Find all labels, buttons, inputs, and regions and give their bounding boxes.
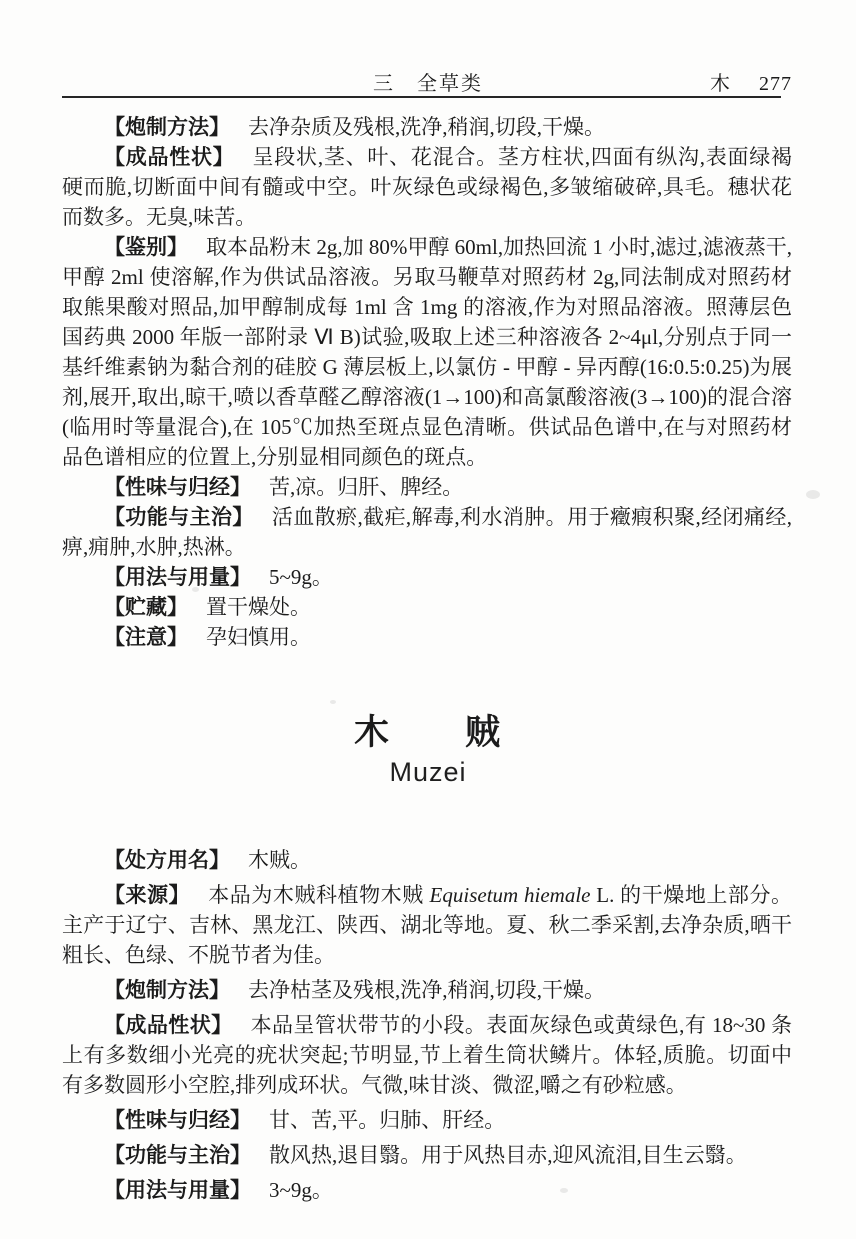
text-line: 【处方用名】木贼。 <box>62 845 792 875</box>
latin-name: Equisetum hiemale <box>430 883 591 907</box>
text-line: 【功能与主治】活血散瘀,截疟,解毒,利水消肿。用于癥瘕积聚,经闭痛经,疟疾,喉 <box>62 502 792 532</box>
text-line: 【用法与用量】3~9g。 <box>62 1175 792 1205</box>
text-line: 【炮制方法】去净杂质及残根,洗净,稍润,切段,干燥。 <box>62 112 792 142</box>
text-line: 主产于辽宁、吉林、黑龙江、陕西、湖北等地。夏、秋二季采割,去净杂质,晒干或阴干。… <box>62 910 792 940</box>
text-line: 有多数圆形小空腔,排列成环状。气微,味甘淡、微涩,嚼之有砂粒感。 <box>62 1070 792 1100</box>
text-line: 甲醇 2ml 使溶解,作为供试品溶液。另取马鞭草对照药材 2g,同法制成对照药材… <box>62 262 792 292</box>
text-line: 粗长、色绿、不脱节者为佳。 <box>62 940 792 970</box>
page-header-right: 木 277 <box>710 67 792 96</box>
header-divider <box>62 96 781 98</box>
section-label: 【贮藏】 <box>104 595 188 619</box>
text-line: 上有多数细小光亮的疣状突起;节明显,节上着生筒状鳞片。体轻,质脆。切面中空,周边 <box>62 1040 792 1070</box>
line-text: 粗长、色绿、不脱节者为佳。 <box>62 943 335 967</box>
line-text: 去净枯茎及残根,洗净,稍润,切段,干燥。 <box>248 978 605 1002</box>
line-text: 痹,痈肿,水肿,热淋。 <box>62 535 246 559</box>
text-line: 【炮制方法】去净枯茎及残根,洗净,稍润,切段,干燥。 <box>62 975 792 1005</box>
line-text: 苦,凉。归肝、脾经。 <box>269 475 463 499</box>
text-line: 【成品性状】呈段状,茎、叶、花混合。茎方柱状,四面有纵沟,表面绿褐色,粗糙;质 <box>62 142 792 172</box>
text-line: 国药典 2000 年版一部附录 Ⅵ B)试验,吸取上述三种溶液各 2~4μl,分… <box>62 322 792 352</box>
text-line: 【功能与主治】散风热,退目翳。用于风热目赤,迎风流泪,目生云翳。 <box>62 1140 792 1170</box>
line-text: 上有多数细小光亮的疣状突起;节明显,节上着生筒状鳞片。体轻,质脆。切面中空,周边 <box>62 1043 792 1070</box>
line-text: (临用时等量混合),在 105℃加热至斑点显色清晰。供试品色谱中,在与对照药材和… <box>62 415 792 442</box>
line-text: 取熊果酸对照品,加甲醇制成每 1ml 含 1mg 的溶液,作为对照品溶液。照薄层… <box>62 295 792 322</box>
line-text: 硬而脆,切断面中间有髓或中空。叶灰绿色或绿褐色,多皱缩破碎,具毛。穗状花序,花小 <box>62 175 792 202</box>
line-text: 国药典 2000 年版一部附录 Ⅵ B)试验,吸取上述三种溶液各 2~4μl,分… <box>62 325 792 352</box>
text-line: 【性味与归经】甘、苦,平。归肺、肝经。 <box>62 1105 792 1135</box>
line-text: 取本品粉末 2g,加 80%甲醇 60ml,加热回流 1 小时,滤过,滤液蒸干,… <box>104 235 792 262</box>
text-line: 【鉴别】取本品粉末 2g,加 80%甲醇 60ml,加热回流 1 小时,滤过,滤… <box>62 232 792 262</box>
line-text: 孕妇慎用。 <box>206 625 311 649</box>
monograph-muzei-section: 【处方用名】木贼。 【来源】本品为木贼科植物木贼 Equisetum hiema… <box>62 845 792 1205</box>
line-text: 品色谱相应的位置上,分别显相同颜色的斑点。 <box>62 445 487 469</box>
text-line: 剂,展开,取出,晾干,喷以香草醛乙醇溶液(1→100)和高氯酸溶液(3→100)… <box>62 382 792 412</box>
text-line: 品色谱相应的位置上,分别显相同颜色的斑点。 <box>62 442 792 472</box>
line-text: 剂,展开,取出,晾干,喷以香草醛乙醇溶液(1→100)和高氯酸溶液(3→100)… <box>62 385 792 412</box>
monograph-title-pinyin: Muzei <box>0 757 856 788</box>
section-label: 【鉴别】 <box>104 235 188 259</box>
line-text: 基纤维素钠为黏合剂的硅胶 G 薄层板上,以氯仿 - 甲醇 - 异丙醇(16:0.… <box>62 355 792 382</box>
section-label: 【功能与主治】 <box>104 505 254 529</box>
line-text: 散风热,退目翳。用于风热目赤,迎风流泪,目生云翳。 <box>269 1143 747 1167</box>
section-label: 【来源】 <box>104 883 190 907</box>
header-chapter-label: 木 <box>710 73 730 95</box>
text-line: 硬而脆,切断面中间有髓或中空。叶灰绿色或绿褐色,多皱缩破碎,具毛。穗状花序,花小 <box>62 172 792 202</box>
line-text: 有多数圆形小空腔,排列成环状。气微,味甘淡、微涩,嚼之有砂粒感。 <box>62 1073 687 1097</box>
section-label: 【炮制方法】 <box>104 978 230 1002</box>
scan-speck <box>330 700 336 704</box>
line-text: 3~9g。 <box>269 1178 333 1202</box>
line-text: 甲醇 2ml 使溶解,作为供试品溶液。另取马鞭草对照药材 2g,同法制成对照药材… <box>62 265 792 292</box>
text-line: 【成品性状】本品呈管状带节的小段。表面灰绿色或黄绿色,有 18~30 条纵棱,棱 <box>62 1010 792 1040</box>
monograph-prev-section: 【炮制方法】去净杂质及残根,洗净,稍润,切段,干燥。 【成品性状】呈段状,茎、叶… <box>62 112 792 652</box>
header-page-number: 277 <box>759 73 792 95</box>
text-line: 基纤维素钠为黏合剂的硅胶 G 薄层板上,以氯仿 - 甲醇 - 异丙醇(16:0.… <box>62 352 792 382</box>
scan-speck <box>806 490 820 499</box>
line-text: 而数多。无臭,味苦。 <box>62 205 256 229</box>
section-label: 【处方用名】 <box>104 848 230 872</box>
section-label: 【注意】 <box>104 625 188 649</box>
section-label: 【用法与用量】 <box>104 1178 251 1202</box>
text-line: 取熊果酸对照品,加甲醇制成每 1ml 含 1mg 的溶液,作为对照品溶液。照薄层… <box>62 292 792 322</box>
section-label: 【成品性状】 <box>104 1013 233 1037</box>
line-text: 木贼。 <box>248 848 311 872</box>
line-text: 本品为木贼科植物木贼 <box>208 883 429 907</box>
scan-speck <box>560 1188 568 1193</box>
section-label: 【功能与主治】 <box>104 1143 251 1167</box>
scanned-page: 三 全草类 木 277 【炮制方法】去净杂质及残根,洗净,稍润,切段,干燥。 【… <box>0 0 856 1239</box>
scan-speck <box>192 587 199 592</box>
text-line: 【贮藏】置干燥处。 <box>62 592 792 622</box>
line-text: 主产于辽宁、吉林、黑龙江、陕西、湖北等地。夏、秋二季采割,去净杂质,晒干或阴干。… <box>62 913 792 940</box>
line-text: 甘、苦,平。归肺、肝经。 <box>269 1108 505 1132</box>
text-line: 【用法与用量】5~9g。 <box>62 562 792 592</box>
line-text: 去净杂质及残根,洗净,稍润,切段,干燥。 <box>248 115 605 139</box>
monograph-title: 木 贼 <box>0 705 856 755</box>
text-line: 而数多。无臭,味苦。 <box>62 202 792 232</box>
line-text: 置干燥处。 <box>206 595 311 619</box>
text-line: (临用时等量混合),在 105℃加热至斑点显色清晰。供试品色谱中,在与对照药材和… <box>62 412 792 442</box>
section-label: 【性味与归经】 <box>104 475 251 499</box>
section-label: 【炮制方法】 <box>104 115 230 139</box>
text-line: 【来源】本品为木贼科植物木贼 Equisetum hiemale L. 的干燥地… <box>62 880 792 910</box>
text-line: 痹,痈肿,水肿,热淋。 <box>62 532 792 562</box>
text-line: 【性味与归经】苦,凉。归肝、脾经。 <box>62 472 792 502</box>
line-text: 5~9g。 <box>269 565 333 589</box>
section-label: 【成品性状】 <box>104 145 235 169</box>
section-label: 【用法与用量】 <box>104 565 251 589</box>
text-line: 【注意】孕妇慎用。 <box>62 622 792 652</box>
section-label: 【性味与归经】 <box>104 1108 251 1132</box>
